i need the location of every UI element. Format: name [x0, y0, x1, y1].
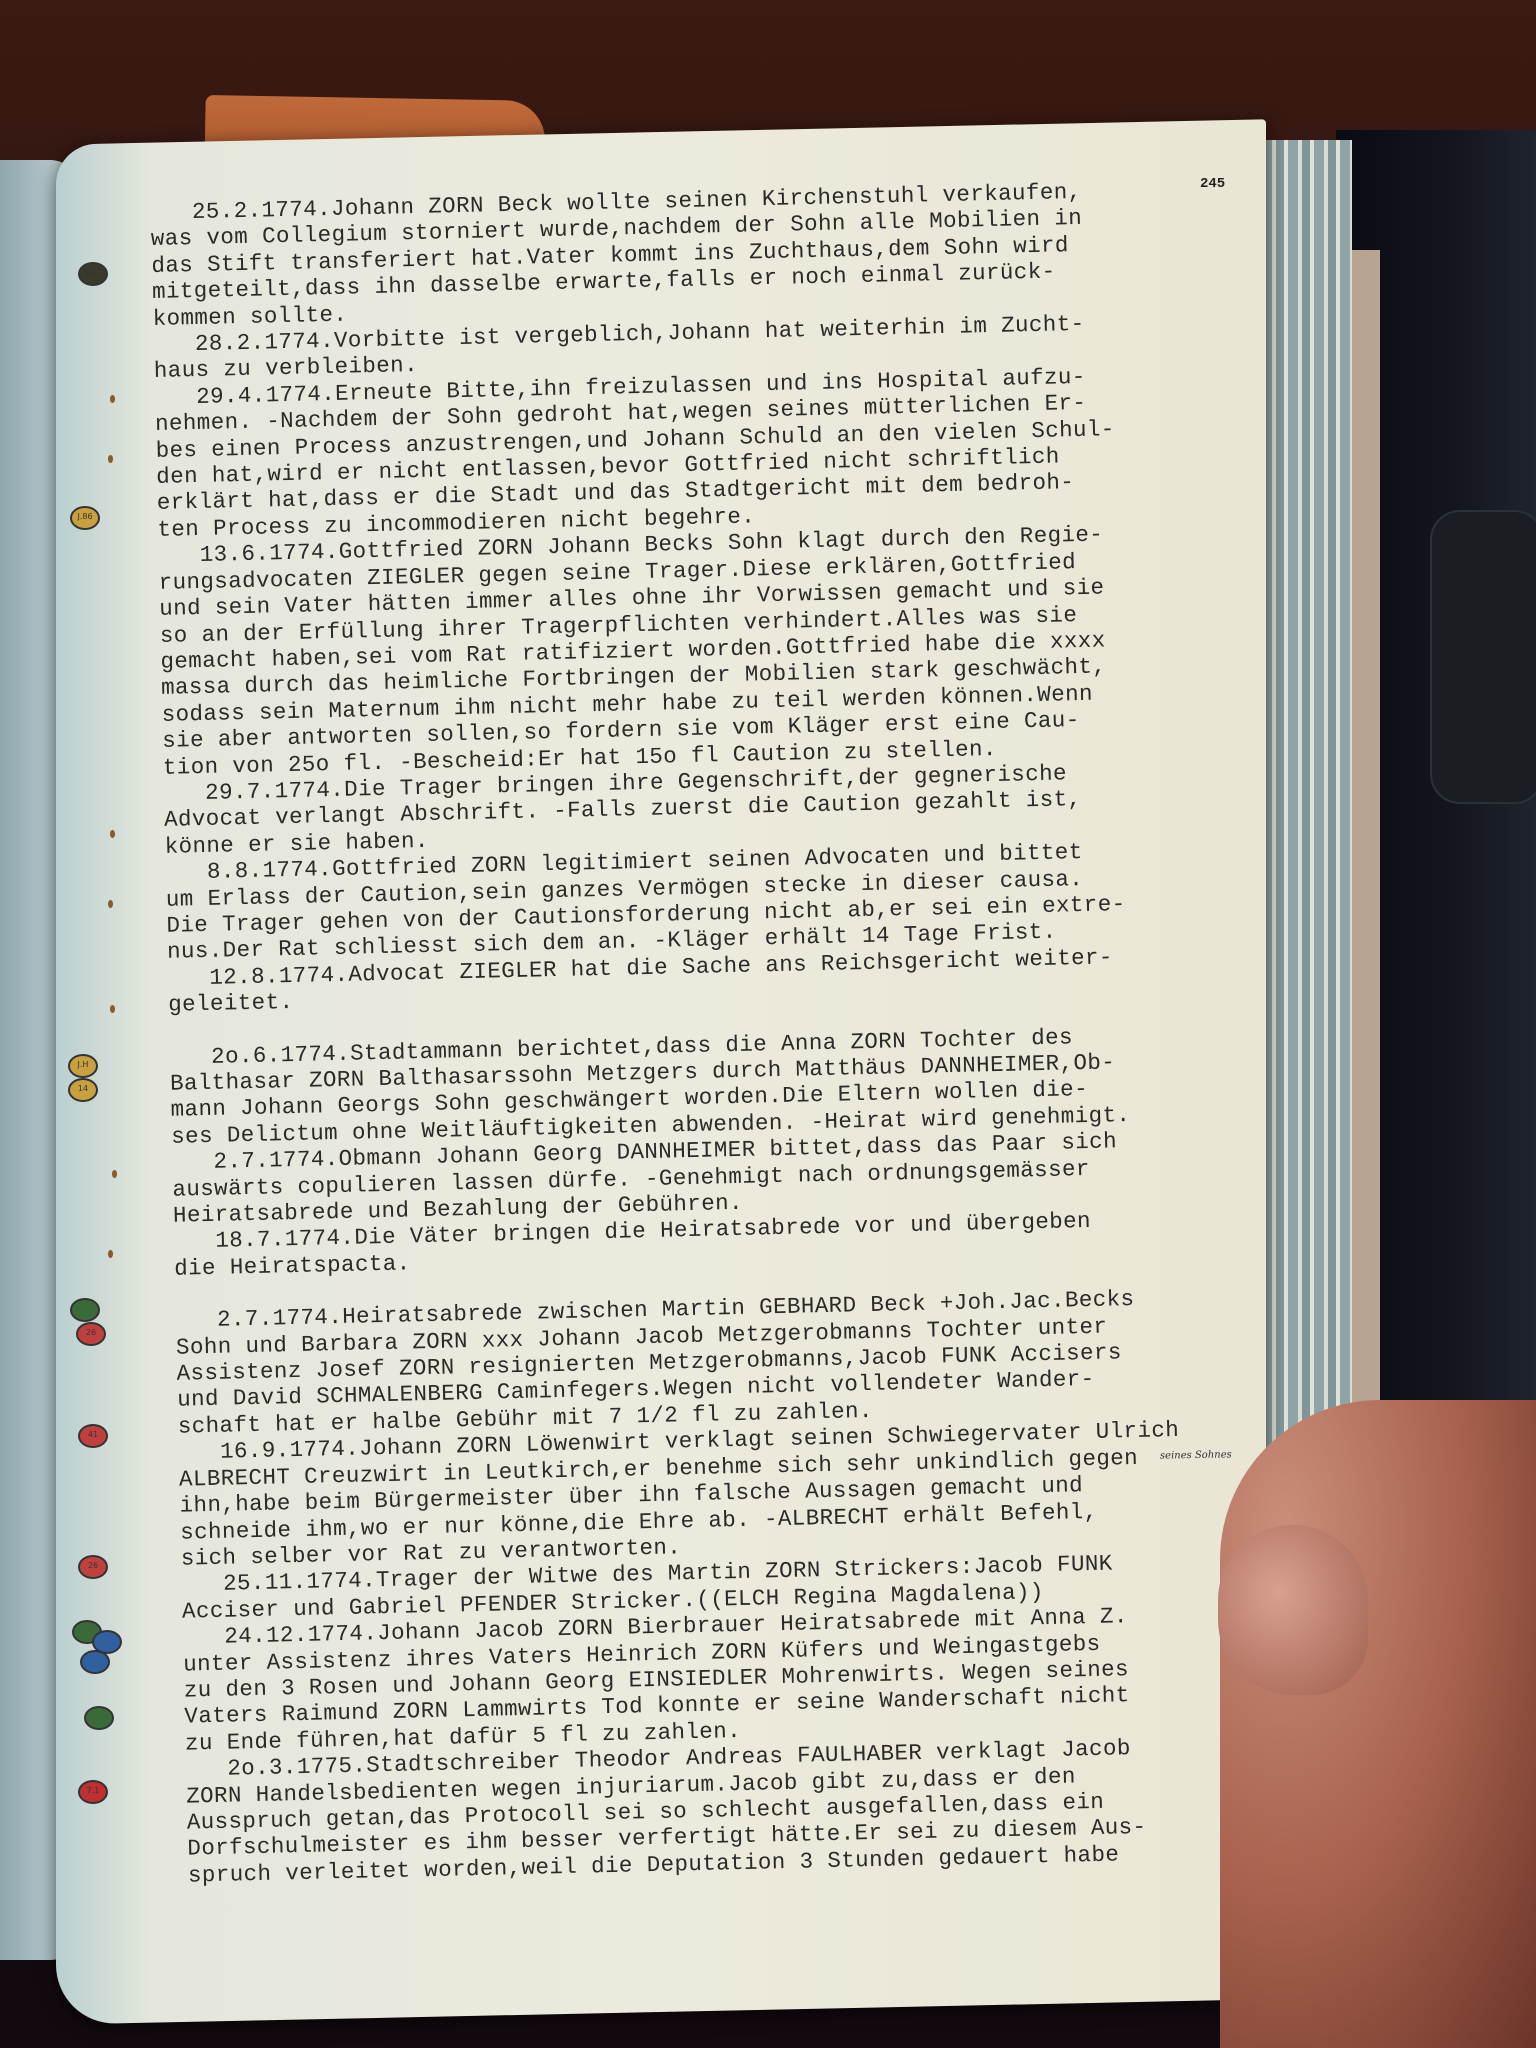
margin-dot — [108, 455, 113, 463]
typewritten-text: 25.2.1774.Johann ZORN Beck wollte seinen… — [150, 175, 1288, 1889]
margin-mark: 41 — [78, 1424, 108, 1448]
margin-dot — [110, 830, 115, 838]
entry: 24.12.1774.Johann Jacob ZORN Bierbrauer … — [182, 1600, 1285, 1757]
margin-dot — [112, 1170, 117, 1178]
entry: 16.9.1774.Johann ZORN Löwenwirt verklagt… — [178, 1415, 1281, 1572]
margin-mark — [70, 1298, 100, 1322]
margin-dot — [108, 1250, 113, 1258]
binder-clip — [1430, 510, 1536, 804]
entry: 13.6.1774.Gottfried ZORN Johann Becks So… — [158, 518, 1263, 781]
margin-mark: J.86 — [70, 506, 100, 530]
thumb — [1218, 1525, 1368, 1695]
entry: 29.4.1774.Erneute Bitte,ihn freizulassen… — [154, 360, 1257, 543]
hand — [1220, 1400, 1536, 2048]
margin-mark: J.H — [68, 1054, 98, 1078]
margin-mark — [84, 1706, 114, 1730]
margin-mark: 177 — [78, 262, 108, 286]
handwritten-annotation: seines Sohnes — [1160, 1449, 1232, 1461]
margin-dot — [110, 1005, 115, 1013]
entry: 25.2.1774.Johann ZORN Beck wollte seinen… — [150, 175, 1253, 332]
margin-mark: 14 — [68, 1078, 98, 1102]
margin-dot — [108, 900, 113, 908]
entry: 2o.3.1775.Stadtschreiber Theodor Andreas… — [185, 1732, 1288, 1889]
margin-mark: 7.1 — [78, 1780, 108, 1804]
entry: 2.7.1774.Heiratsabrede zwischen Martin G… — [175, 1283, 1278, 1440]
margin-mark: 26 — [76, 1322, 106, 1346]
margin-mark: 26 — [78, 1555, 108, 1579]
margin-dot — [110, 395, 115, 403]
margin-mark — [80, 1650, 110, 1674]
